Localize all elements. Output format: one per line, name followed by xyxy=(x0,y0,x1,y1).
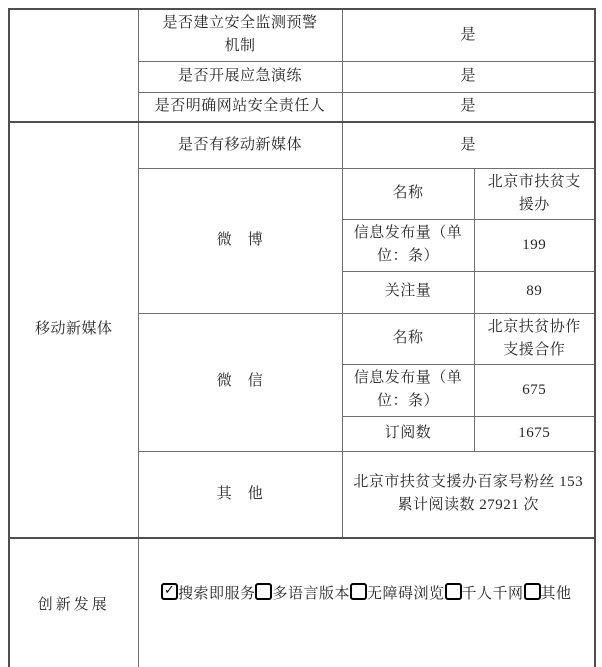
checkbox-icon[interactable] xyxy=(350,583,367,600)
field-name-cell: 信息发布量（单位：条） xyxy=(342,220,474,272)
platform-other-label: 其 他 xyxy=(138,451,342,538)
field-name-cell: 名称 xyxy=(342,168,474,220)
checkbox-icon[interactable] xyxy=(255,583,272,600)
field-value-cell: 北京市扶贫支援办 xyxy=(474,168,595,220)
field-value-cell: 北京扶贫协作支援合作 xyxy=(474,313,595,365)
checkbox-label: 多语言版本 xyxy=(272,586,350,602)
checkbox-icon[interactable] xyxy=(445,583,462,600)
platform-weibo-label: 微 博 xyxy=(138,168,342,313)
field-value-cell: 199 xyxy=(474,220,595,272)
checkbox-label: 其他 xyxy=(541,586,572,602)
security-answer-cell: 是 xyxy=(342,9,595,61)
left-section-empty-cell xyxy=(9,9,138,122)
checkbox-label: 无障碍浏览 xyxy=(367,586,445,602)
checkbox-icon[interactable] xyxy=(524,583,541,600)
innovation-section-label: 创新发展 xyxy=(9,538,138,667)
report-page: 是否建立安全监测预警机制 是 是否开展应急演练 是 是否明确网站安全责任人 是 … xyxy=(0,0,602,667)
has-mobile-media-answer-cell: 是 xyxy=(342,122,595,168)
field-name-cell: 关注量 xyxy=(342,271,474,313)
innovation-option: ✓搜索即服务 xyxy=(161,586,256,602)
table-row: 移动新媒体 是否有移动新媒体 是 xyxy=(9,122,595,168)
security-answer-cell: 是 xyxy=(342,92,595,122)
field-value-cell: 89 xyxy=(474,271,595,313)
mobile-media-section-label: 移动新媒体 xyxy=(9,122,138,538)
security-question-cell: 是否开展应急演练 xyxy=(138,61,342,92)
innovation-options: ✓搜索即服务多语言版本无障碍浏览千人千网其他 xyxy=(145,583,589,606)
innovation-option: 多语言版本 xyxy=(255,586,350,602)
innovation-options-cell: ✓搜索即服务多语言版本无障碍浏览千人千网其他 xyxy=(138,538,595,667)
checkbox-icon[interactable]: ✓ xyxy=(161,583,178,600)
platform-weixin-label: 微 信 xyxy=(138,313,342,451)
report-table: 是否建立安全监测预警机制 是 是否开展应急演练 是 是否明确网站安全责任人 是 … xyxy=(8,8,596,667)
field-name-cell: 订阅数 xyxy=(342,416,474,451)
has-mobile-media-question-cell: 是否有移动新媒体 xyxy=(138,122,342,168)
innovation-option: 千人千网 xyxy=(445,586,524,602)
field-name-cell: 名称 xyxy=(342,313,474,365)
security-question-label: 是否建立安全监测预警机制 xyxy=(160,12,320,59)
field-name-cell: 信息发布量（单位：条） xyxy=(342,365,474,417)
innovation-option: 其他 xyxy=(524,586,572,602)
field-value-cell: 1675 xyxy=(474,416,595,451)
security-answer-cell: 是 xyxy=(342,61,595,92)
security-question-cell: 是否明确网站安全责任人 xyxy=(138,92,342,122)
security-question-cell: 是否建立安全监测预警机制 xyxy=(138,9,342,61)
innovation-option: 无障碍浏览 xyxy=(350,586,445,602)
field-value-cell: 675 xyxy=(474,365,595,417)
table-row: 是否建立安全监测预警机制 是 xyxy=(9,9,595,61)
checkbox-label: 千人千网 xyxy=(462,586,524,602)
platform-other-value: 北京市扶贫支援办百家号粉丝 153 累计阅读数 27921 次 xyxy=(342,451,595,538)
table-row: 创新发展 ✓搜索即服务多语言版本无障碍浏览千人千网其他 xyxy=(9,538,595,667)
checkbox-label: 搜索即服务 xyxy=(178,586,256,602)
